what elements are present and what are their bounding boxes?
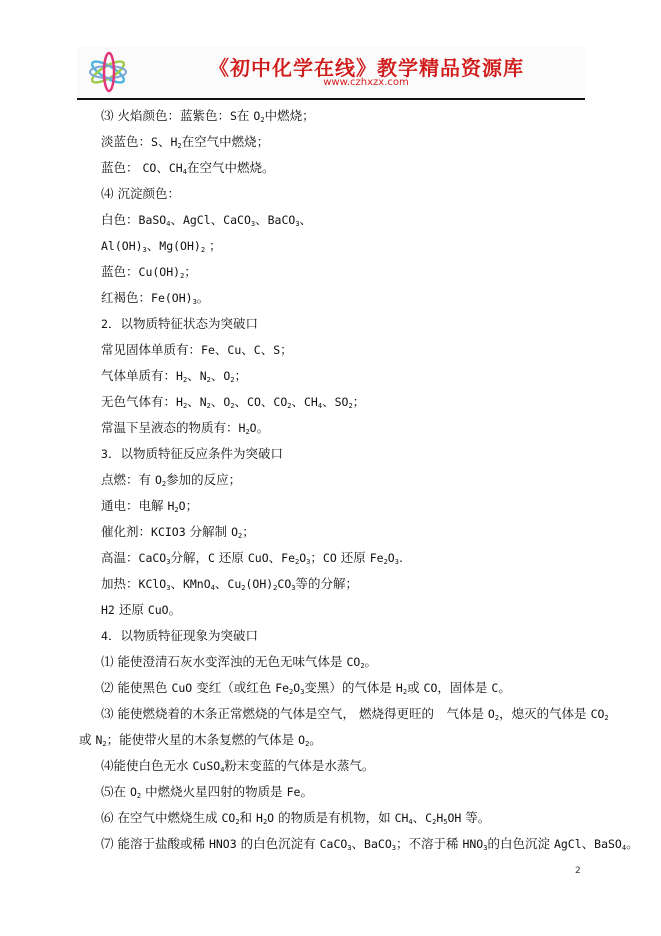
text-line: 淡蓝色：S、H2在空气中燃烧； <box>101 134 269 150</box>
text-line: 通电：电解 H2O； <box>101 498 198 514</box>
text-line: 气体单质有：H2、N2、O2； <box>101 368 247 384</box>
text-line: 无色气体有：H2、N2、O2、CO、CO2、CH4、SO2； <box>101 394 365 410</box>
page-header: 《初中化学在线》教学精品资源库 www.czhxzx.com <box>77 46 585 100</box>
text-line: 高温：CaCO3分解，C 还原 CuO、Fe2O3；CO 还原 Fe2O3. <box>101 550 403 566</box>
text-line: ⑷能使白色无水 CuSO4粉末变蓝的气体是水蒸气。 <box>101 758 374 774</box>
text-line: 常见固体单质有：Fe、Cu、C、S； <box>101 342 293 358</box>
text-line: 红褐色：Fe(OH)3。 <box>101 290 209 306</box>
text-line: ⑴ 能使澄清石灰水变浑浊的无色无味气体是 CO2。 <box>101 654 377 670</box>
text-line: Al(OH)3、Mg(OH)2 ； <box>101 238 222 254</box>
document-page: 《初中化学在线》教学精品资源库 www.czhxzx.com ⑶ 火焰颜色：蓝紫… <box>0 0 661 936</box>
text-line: 催化剂：KCIO3 分解制 O2； <box>101 524 255 540</box>
text-line: 3．以物质特征反应条件为突破口 <box>101 446 283 462</box>
text-line: ⑵ 能使黑色 CuO 变红（或红色 Fe2O3变黑）的气体是 H2或 CO，固体… <box>101 680 511 696</box>
text-line: 常温下呈液态的物质有：H2O。 <box>101 420 269 436</box>
text-line: ⑶ 火焰颜色：蓝紫色：S在 O2中燃烧； <box>101 108 315 124</box>
text-line: 点燃：有 O2参加的反应； <box>101 472 241 488</box>
text-line: 加热：KClO3、KMnO4、Cu2(OH)2CO3等的分解； <box>101 576 358 592</box>
text-line: 蓝色： CO、CH4在空气中燃烧。 <box>101 160 274 176</box>
text-line: ⑶ 能使燃烧着的木条正常燃烧的气体是空气， 燃烧得更旺的 气体是 O2，熄灭的气… <box>101 706 609 722</box>
text-line: 或 N2；能使带火星的木条复燃的气体是 O2。 <box>79 732 322 748</box>
text-line: 白色：BaSO4、AgCl、CaCO3、BaCO3、 <box>101 212 312 228</box>
text-line: 4．以物质特征现象为突破口 <box>101 628 258 644</box>
text-line: ⑸在 O2 中燃烧火星四射的物质是 Fe。 <box>101 784 313 800</box>
text-line: ⑺ 能溶于盐酸或稀 HNO3 的白色沉淀有 CaCO3、BaCO3；不溶于稀 H… <box>101 836 639 852</box>
header-url: www.czhxzx.com <box>77 77 585 88</box>
text-line: 蓝色：Cu(OH)2； <box>101 264 197 280</box>
text-line: 2．以物质特征状态为突破口 <box>101 316 258 332</box>
page-number: 2 <box>575 866 581 876</box>
text-line: ⑹ 在空气中燃烧生成 CO2和 H2O 的物质是有机物，如 CH4、C2H5OH… <box>101 810 490 826</box>
text-line: H2 还原 CuO。 <box>101 602 181 618</box>
text-line: ⑷ 沉淀颜色： <box>101 186 180 202</box>
